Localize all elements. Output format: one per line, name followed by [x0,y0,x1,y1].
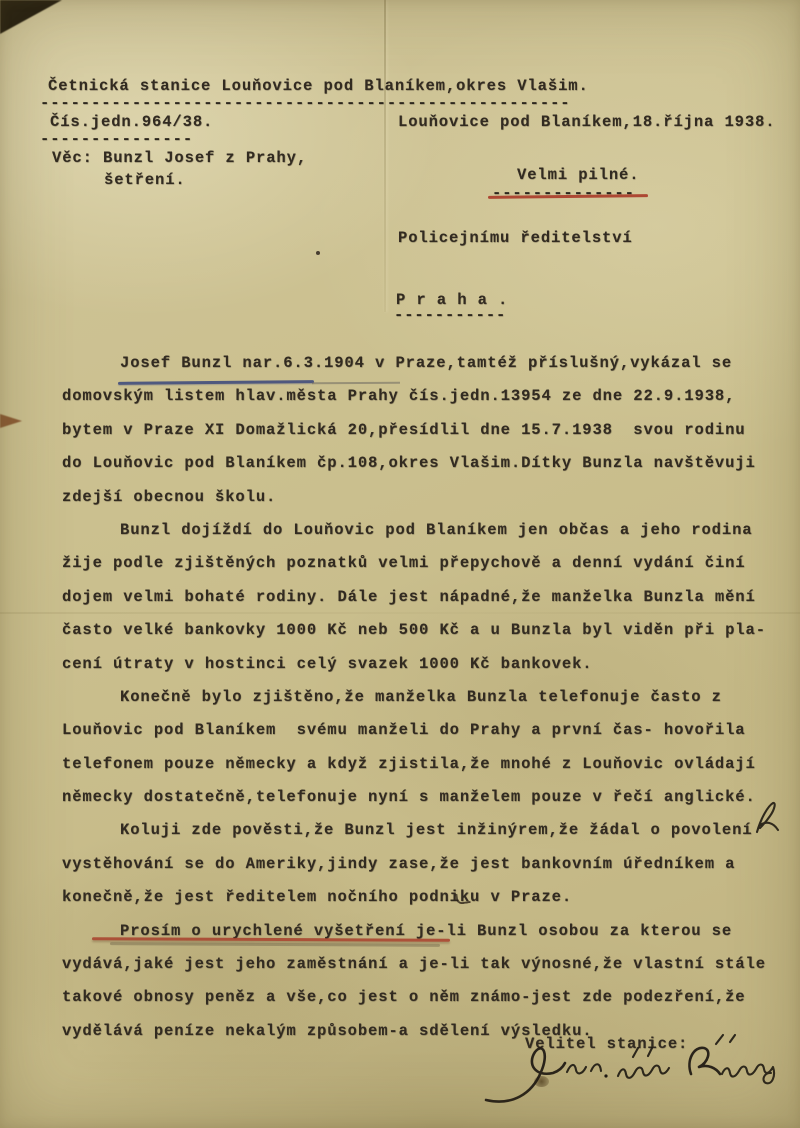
body-line: zdejší obecnou školu. [62,488,777,521]
corner-shadow [0,0,62,34]
letter-body: Josef Bunzl nar.6.3.1904 v Praze,tamtéž … [62,354,777,1055]
subject-line-2: šetření. [104,170,186,190]
body-line: konečně,že jest ředitelem nočního podnik… [62,888,777,921]
body-line: dojem velmi bohaté rodiny. Dále jest náp… [62,588,777,621]
body-line: německy dostatečně,telefonuje nyní s man… [62,788,777,821]
body-line: Konečně bylo zjištěno,že manželka Bunzla… [62,688,777,721]
subject-line: Věc: Bunzl Josef z Prahy, [52,148,307,168]
paper-crease [384,0,386,312]
body-line: vydává,jaké jest jeho zaměstnání a je-li… [62,955,777,988]
ref-number: Čís.jedn.964/38. [50,112,213,132]
body-line: do Louňovic pod Blaníkem čp.108,okres Vl… [62,454,777,487]
body-line: domovským listem hlav.města Prahy čís.je… [62,387,777,420]
body-line: Koluji zde pověsti,že Bunzl jest inžinýr… [62,821,777,854]
margin-arrow-mark [0,414,22,428]
addressee-line: Policejnímu ředitelství [398,228,633,248]
dateline: Louňovice pod Blaníkem,18.října 1938. [398,112,775,132]
handwritten-k-mark [752,800,788,838]
urgency-note: Velmi pilné. [517,165,639,185]
scanned-letter: Četnická stanice Louňovice pod Blaníkem,… [0,0,800,1128]
typed-rule: -------------- [492,184,635,202]
typed-rule: --------------- [40,130,193,148]
body-line: Josef Bunzl nar.6.3.1904 v Praze,tamtéž … [62,354,777,387]
body-line: Louňovic pod Blaníkem svému manželi do P… [62,721,777,754]
body-line: takové obnosy peněz a vše,co jest o něm … [62,988,777,1021]
typed-rule: ----------- [394,306,506,324]
body-line: často velké bankovky 1000 Kč neb 500 Kč … [62,621,777,654]
body-line: cení útraty v hostinci celý svazek 1000 … [62,655,777,688]
body-line: žije podle zjištěných poznatků velmi pře… [62,554,777,587]
body-line: telefonem pouze německy a když zjistila,… [62,755,777,788]
ink-speck [316,251,320,255]
station-line: Četnická stanice Louňovice pod Blaníkem,… [48,76,589,96]
handwritten-correction [455,892,470,905]
body-line: vystěhování se do Ameriky,jindy zase,že … [62,855,777,888]
body-line: Bunzl dojíždí do Louňovic pod Blaníkem j… [62,521,777,554]
signature [478,1026,788,1118]
body-line: bytem v Praze XI Domažlická 20,přesídlil… [62,421,777,454]
typed-rule: ----------------------------------------… [40,94,570,112]
